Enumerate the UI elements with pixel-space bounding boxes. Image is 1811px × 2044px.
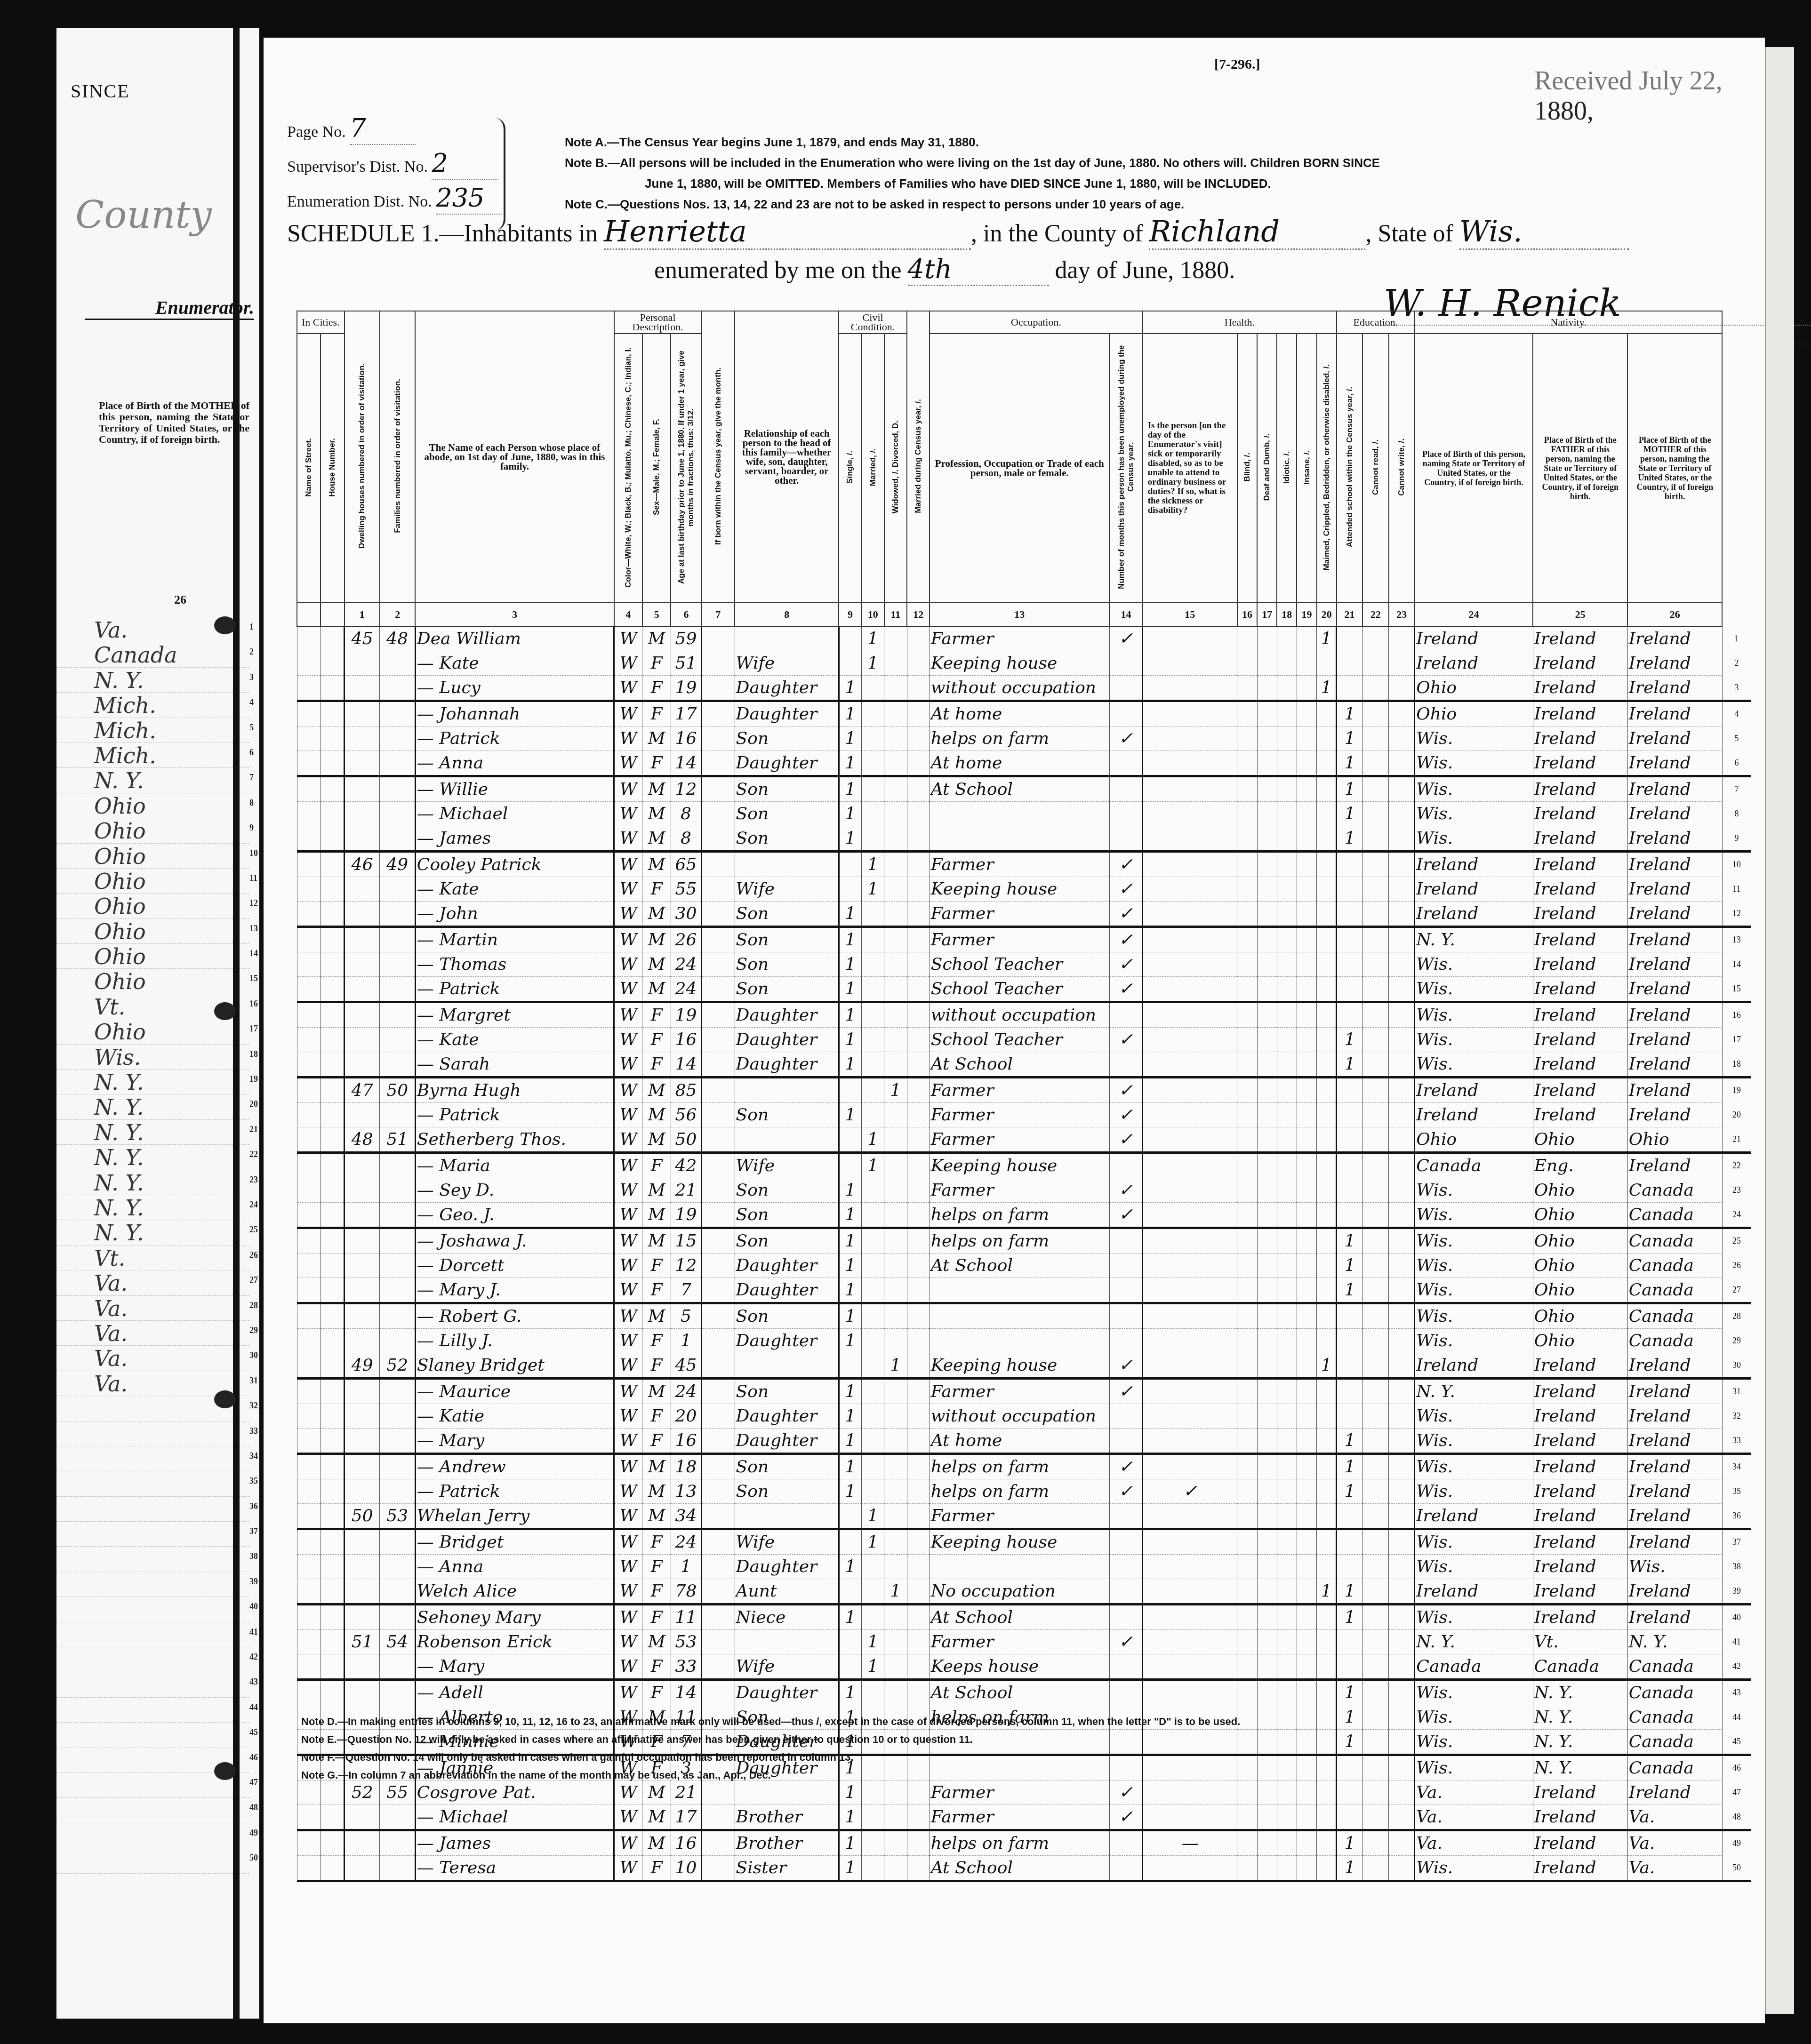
cannot-read-cell bbox=[1362, 826, 1388, 852]
single-cell bbox=[839, 1630, 861, 1654]
disabled-cell bbox=[1317, 751, 1337, 776]
birth-month-cell bbox=[702, 1303, 735, 1329]
sickness-cell bbox=[1143, 877, 1237, 902]
strip-mother-birthplace: N. Y. bbox=[94, 1195, 144, 1221]
attended-school-cell: 1 bbox=[1337, 826, 1362, 852]
idiotic-cell bbox=[1277, 927, 1297, 952]
cannot-write-cell bbox=[1389, 776, 1415, 802]
idiotic-cell bbox=[1277, 1228, 1297, 1254]
attended-school-cell: 1 bbox=[1337, 802, 1362, 826]
blind-cell bbox=[1237, 927, 1257, 952]
census-row: — AnnaWF1Daughter1Wis.IrelandWis.38 bbox=[297, 1555, 1751, 1579]
header-col13: Profession, Occupation or Trade of each … bbox=[930, 334, 1109, 603]
mother-birthplace-cell: Va. bbox=[1627, 1805, 1722, 1830]
disabled-cell bbox=[1317, 1654, 1337, 1680]
married-cell bbox=[862, 1254, 884, 1278]
cannot-write-cell bbox=[1389, 1579, 1415, 1605]
person-name-cell: — Mary bbox=[415, 1654, 614, 1680]
insane-cell bbox=[1297, 877, 1316, 902]
married-census-year-cell bbox=[907, 1329, 930, 1353]
strip-row: 37 bbox=[56, 1522, 249, 1547]
deaf-dumb-cell bbox=[1257, 701, 1277, 727]
age-cell: 18 bbox=[671, 1454, 701, 1479]
cannot-read-cell bbox=[1362, 802, 1388, 826]
married-cell bbox=[862, 1203, 884, 1228]
relationship-cell: Son bbox=[735, 977, 839, 1002]
married-cell bbox=[862, 927, 884, 952]
blind-cell bbox=[1237, 1203, 1257, 1228]
house-number-cell bbox=[321, 1103, 344, 1127]
house-number-cell bbox=[321, 802, 344, 826]
color-cell: W bbox=[614, 1103, 642, 1127]
widowed-cell bbox=[884, 727, 907, 751]
attended-school-cell bbox=[1337, 1353, 1362, 1379]
strip-line-number: 8 bbox=[249, 798, 254, 808]
deaf-dumb-cell bbox=[1257, 852, 1277, 877]
relationship-cell: Daughter bbox=[735, 1329, 839, 1353]
insane-cell bbox=[1297, 927, 1316, 952]
sex-cell: M bbox=[642, 802, 671, 826]
father-birthplace-cell: Ireland bbox=[1533, 852, 1627, 877]
person-name-cell: Whelan Jerry bbox=[415, 1504, 614, 1529]
father-birthplace-cell: Ohio bbox=[1533, 1278, 1627, 1303]
father-birthplace-cell: Canada bbox=[1533, 1654, 1627, 1680]
color-cell: W bbox=[614, 776, 642, 802]
married-cell bbox=[862, 902, 884, 927]
unemployed-months-cell bbox=[1109, 1654, 1142, 1680]
married-cell bbox=[862, 1805, 884, 1830]
age-cell: 15 bbox=[671, 1228, 701, 1254]
idiotic-cell bbox=[1277, 902, 1297, 927]
family-number-cell bbox=[380, 1529, 415, 1555]
street-cell bbox=[297, 1178, 321, 1203]
married-census-year-cell bbox=[907, 1579, 930, 1605]
mother-birthplace-cell: Ireland bbox=[1627, 826, 1722, 852]
strip-line-number: 12 bbox=[249, 898, 258, 908]
mother-birthplace-cell: Ireland bbox=[1627, 1454, 1722, 1479]
sex-cell: F bbox=[642, 1555, 671, 1579]
sex-cell: F bbox=[642, 1254, 671, 1278]
deaf-dumb-cell bbox=[1257, 1303, 1277, 1329]
house-number-cell bbox=[321, 1127, 344, 1153]
person-name-cell: — Johannah bbox=[415, 701, 614, 727]
person-name-cell: — James bbox=[415, 1830, 614, 1856]
received-stamp-date: Received July 22, bbox=[1534, 66, 1723, 96]
header-col25: Place of Birth of the FATHER of this per… bbox=[1533, 334, 1627, 603]
blind-cell bbox=[1237, 1404, 1257, 1429]
blind-cell bbox=[1237, 1127, 1257, 1153]
married-cell bbox=[862, 727, 884, 751]
cannot-write-cell bbox=[1389, 1805, 1415, 1830]
family-number-cell bbox=[380, 1429, 415, 1454]
family-number-cell bbox=[380, 1153, 415, 1178]
deaf-dumb-cell bbox=[1257, 1805, 1277, 1830]
color-cell: W bbox=[614, 1178, 642, 1203]
strip-row: Canada2 bbox=[56, 642, 249, 667]
attended-school-cell bbox=[1337, 877, 1362, 902]
person-name-cell: — Dorcett bbox=[415, 1254, 614, 1278]
blind-cell bbox=[1237, 676, 1257, 701]
married-census-year-cell bbox=[907, 1555, 930, 1579]
line-number: 5 bbox=[1722, 727, 1751, 751]
cannot-read-cell bbox=[1362, 701, 1388, 727]
strip-mother-birthplace: Va. bbox=[94, 617, 128, 643]
father-birthplace-cell: Ireland bbox=[1533, 1781, 1627, 1805]
strip-row: 49 bbox=[56, 1823, 249, 1848]
color-cell: W bbox=[614, 727, 642, 751]
single-cell: 1 bbox=[839, 1254, 861, 1278]
idiotic-cell bbox=[1277, 977, 1297, 1002]
birth-month-cell bbox=[702, 676, 735, 701]
dwelling-number-cell bbox=[345, 1479, 380, 1504]
strip-line-number: 49 bbox=[249, 1828, 258, 1838]
note-g: Note G.—In column 7 an abbreviation in t… bbox=[301, 1766, 1240, 1784]
married-cell bbox=[862, 1404, 884, 1429]
family-number-cell bbox=[380, 1555, 415, 1579]
insane-cell bbox=[1297, 1805, 1316, 1830]
birth-month-cell bbox=[702, 877, 735, 902]
age-cell: 1 bbox=[671, 1329, 701, 1353]
census-row: — MariaWF42Wife1Keeping houseCanadaEng.I… bbox=[297, 1153, 1751, 1178]
attended-school-cell: 1 bbox=[1337, 1028, 1362, 1052]
idiotic-cell bbox=[1277, 1579, 1297, 1605]
family-number-cell bbox=[380, 1028, 415, 1052]
single-cell: 1 bbox=[839, 1278, 861, 1303]
strip-line-number: 27 bbox=[249, 1275, 258, 1285]
birth-month-cell bbox=[702, 1479, 735, 1504]
married-census-year-cell bbox=[907, 751, 930, 776]
married-census-year-cell bbox=[907, 1654, 930, 1680]
occupation-cell: Keeping house bbox=[930, 1353, 1109, 1379]
strip-line-number: 33 bbox=[249, 1426, 258, 1436]
deaf-dumb-cell bbox=[1257, 826, 1277, 852]
father-birthplace-cell: Ireland bbox=[1533, 651, 1627, 676]
house-number-cell bbox=[321, 1605, 344, 1630]
mother-birthplace-cell: Canada bbox=[1627, 1680, 1722, 1705]
attended-school-cell bbox=[1337, 1781, 1362, 1805]
occupation-cell bbox=[930, 802, 1109, 826]
dwelling-number-cell bbox=[345, 1153, 380, 1178]
father-birthplace-cell: Ireland bbox=[1533, 751, 1627, 776]
person-name-cell: — Joshawa J. bbox=[415, 1228, 614, 1254]
attended-school-cell: 1 bbox=[1337, 701, 1362, 727]
relationship-cell: Niece bbox=[735, 1605, 839, 1630]
disabled-cell bbox=[1317, 1178, 1337, 1203]
relationship-cell: Daughter bbox=[735, 676, 839, 701]
color-cell: W bbox=[614, 1303, 642, 1329]
relationship-cell: Daughter bbox=[735, 1254, 839, 1278]
strip-line-number: 6 bbox=[249, 748, 254, 758]
age-cell: 26 bbox=[671, 927, 701, 952]
strip-line-number: 1 bbox=[249, 622, 254, 632]
mother-birthplace-cell: Ireland bbox=[1627, 651, 1722, 676]
birthplace-cell: Wis. bbox=[1415, 751, 1533, 776]
person-name-cell: Setherberg Thos. bbox=[415, 1127, 614, 1153]
age-cell: 19 bbox=[671, 676, 701, 701]
birth-month-cell bbox=[702, 1228, 735, 1254]
blind-cell bbox=[1237, 776, 1257, 802]
strip-row: 48 bbox=[56, 1798, 249, 1823]
disabled-cell bbox=[1317, 1705, 1337, 1730]
strip-line-number: 47 bbox=[249, 1778, 258, 1788]
dwelling-number-cell bbox=[345, 1002, 380, 1028]
single-cell: 1 bbox=[839, 902, 861, 927]
cannot-read-cell bbox=[1362, 1353, 1388, 1379]
strip-row: Va.28 bbox=[56, 1296, 249, 1321]
idiotic-cell bbox=[1277, 626, 1297, 651]
strip-line-number: 15 bbox=[249, 974, 258, 983]
census-row: Sehoney MaryWF11Niece1At School1Wis.Irel… bbox=[297, 1605, 1751, 1630]
single-cell bbox=[839, 1504, 861, 1529]
mother-birthplace-cell: Canada bbox=[1627, 1730, 1722, 1755]
deaf-dumb-cell bbox=[1257, 802, 1277, 826]
cannot-write-cell bbox=[1389, 1028, 1415, 1052]
census-row: — SarahWF14Daughter1At School1Wis.Irelan… bbox=[297, 1052, 1751, 1078]
birth-month-cell bbox=[702, 1630, 735, 1654]
header-col19: Insane, /. bbox=[1297, 334, 1316, 603]
dwelling-number-cell bbox=[345, 1429, 380, 1454]
attended-school-cell bbox=[1337, 1178, 1362, 1203]
strip-rows: Va.1Canada2N. Y.3Mich.4Mich.5Mich.6N. Y.… bbox=[56, 617, 249, 1874]
strip-mother-birthplace: N. Y. bbox=[94, 1220, 144, 1246]
cannot-write-cell bbox=[1389, 1529, 1415, 1555]
family-number-cell bbox=[380, 1203, 415, 1228]
street-cell bbox=[297, 1404, 321, 1429]
married-cell bbox=[862, 1078, 884, 1103]
father-birthplace-cell: Ireland bbox=[1533, 776, 1627, 802]
married-census-year-cell bbox=[907, 1630, 930, 1654]
dwelling-number-cell bbox=[345, 1579, 380, 1605]
age-cell: 85 bbox=[671, 1078, 701, 1103]
color-cell: W bbox=[614, 651, 642, 676]
father-birthplace-cell: Ireland bbox=[1533, 902, 1627, 927]
mother-birthplace-cell: Ireland bbox=[1627, 1404, 1722, 1429]
previous-page-strip: SINCE County Enumerator. Place of Birth … bbox=[56, 28, 260, 2019]
cannot-read-cell bbox=[1362, 1630, 1388, 1654]
census-row: — Lilly J.WF1Daughter1Wis.OhioCanada29 bbox=[297, 1329, 1751, 1353]
strip-mother-birthplace: Va. bbox=[94, 1371, 128, 1397]
father-birthplace-cell: Ireland bbox=[1533, 1379, 1627, 1404]
unemployed-months-cell: ✓ bbox=[1109, 1127, 1142, 1153]
birthplace-cell: Wis. bbox=[1415, 1254, 1533, 1278]
cannot-write-cell bbox=[1389, 651, 1415, 676]
age-cell: 24 bbox=[671, 952, 701, 977]
birth-month-cell bbox=[702, 1404, 735, 1429]
idiotic-cell bbox=[1277, 1329, 1297, 1353]
married-census-year-cell bbox=[907, 1028, 930, 1052]
strip-mother-birthplace: N. Y. bbox=[94, 1120, 144, 1145]
deaf-dumb-cell bbox=[1257, 1178, 1277, 1203]
dwelling-number-cell bbox=[345, 1329, 380, 1353]
street-cell bbox=[297, 1379, 321, 1404]
married-census-year-cell bbox=[907, 1856, 930, 1881]
strip-row: Ohio14 bbox=[56, 944, 249, 969]
cannot-read-cell bbox=[1362, 952, 1388, 977]
single-cell: 1 bbox=[839, 1429, 861, 1454]
age-cell: 33 bbox=[671, 1654, 701, 1680]
census-row: — Joshawa J.WM15Son1helps on farm1Wis.Oh… bbox=[297, 1228, 1751, 1254]
disabled-cell bbox=[1317, 651, 1337, 676]
house-number-cell bbox=[321, 977, 344, 1002]
cannot-read-cell bbox=[1362, 1579, 1388, 1605]
sickness-cell bbox=[1143, 1654, 1237, 1680]
strip-row: N. Y.24 bbox=[56, 1195, 249, 1220]
married-census-year-cell bbox=[907, 1353, 930, 1379]
header-notes: Note A.—The Census Year begins June 1, 1… bbox=[565, 132, 1380, 215]
single-cell: 1 bbox=[839, 802, 861, 826]
age-cell: 42 bbox=[671, 1153, 701, 1178]
mother-birthplace-cell: Ireland bbox=[1627, 727, 1722, 751]
unemployed-months-cell bbox=[1109, 802, 1142, 826]
deaf-dumb-cell bbox=[1257, 1052, 1277, 1078]
relationship-cell: Daughter bbox=[735, 1002, 839, 1028]
cannot-read-cell bbox=[1362, 651, 1388, 676]
blind-cell bbox=[1237, 1178, 1257, 1203]
person-name-cell: — Martin bbox=[415, 927, 614, 952]
deaf-dumb-cell bbox=[1257, 1454, 1277, 1479]
cannot-read-cell bbox=[1362, 1504, 1388, 1529]
single-cell: 1 bbox=[839, 1303, 861, 1329]
insane-cell bbox=[1297, 1429, 1316, 1454]
insane-cell bbox=[1297, 1404, 1316, 1429]
blind-cell bbox=[1237, 802, 1257, 826]
cannot-read-cell bbox=[1362, 1781, 1388, 1805]
strip-row: Ohio17 bbox=[56, 1019, 249, 1044]
family-number-cell bbox=[380, 1278, 415, 1303]
cannot-write-cell bbox=[1389, 1504, 1415, 1529]
cannot-read-cell bbox=[1362, 1153, 1388, 1178]
dwelling-number-cell bbox=[345, 1379, 380, 1404]
unemployed-months-cell bbox=[1109, 651, 1142, 676]
married-census-year-cell bbox=[907, 1454, 930, 1479]
disabled-cell bbox=[1317, 1103, 1337, 1127]
column-number: 4 bbox=[614, 603, 642, 626]
insane-cell bbox=[1297, 1705, 1316, 1730]
cannot-write-cell bbox=[1389, 952, 1415, 977]
attended-school-cell bbox=[1337, 1329, 1362, 1353]
birthplace-cell: Wis. bbox=[1415, 1052, 1533, 1078]
idiotic-cell bbox=[1277, 1254, 1297, 1278]
mother-birthplace-cell: Ireland bbox=[1627, 1429, 1722, 1454]
strip-line-number: 10 bbox=[249, 848, 258, 858]
sickness-cell bbox=[1143, 1504, 1237, 1529]
blind-cell bbox=[1237, 1529, 1257, 1555]
widowed-cell bbox=[884, 1278, 907, 1303]
dwelling-number-cell bbox=[345, 1178, 380, 1203]
sickness-cell bbox=[1143, 1404, 1237, 1429]
occupation-cell bbox=[930, 1329, 1109, 1353]
column-number: 1 bbox=[345, 603, 380, 626]
birthplace-cell: N. Y. bbox=[1415, 927, 1533, 952]
married-census-year-cell bbox=[907, 676, 930, 701]
sex-cell: M bbox=[642, 776, 671, 802]
unemployed-months-cell bbox=[1109, 1228, 1142, 1254]
house-number-cell bbox=[321, 776, 344, 802]
column-number: 10 bbox=[862, 603, 884, 626]
house-number-cell bbox=[321, 1153, 344, 1178]
family-number-cell bbox=[380, 1454, 415, 1479]
census-page: [7-296.] Received July 22, 1880, C. 82 P… bbox=[264, 38, 1765, 2023]
strip-line-number: 5 bbox=[249, 723, 254, 733]
mother-birthplace-cell: Ireland bbox=[1627, 1504, 1722, 1529]
enumeration-district-field: Enumeration Dist. No. 235 bbox=[287, 183, 502, 217]
blind-cell bbox=[1237, 902, 1257, 927]
father-birthplace-cell: Ireland bbox=[1533, 1579, 1627, 1605]
house-number-cell bbox=[321, 852, 344, 877]
strip-enumerator-label: Enumerator. bbox=[85, 296, 254, 320]
line-number: 7 bbox=[1722, 776, 1751, 802]
widowed-cell bbox=[884, 1529, 907, 1555]
column-number: 17 bbox=[1257, 603, 1277, 626]
relationship-cell bbox=[735, 626, 839, 651]
married-cell bbox=[862, 1856, 884, 1881]
strip-line-number: 32 bbox=[249, 1401, 258, 1411]
cannot-read-cell bbox=[1362, 1730, 1388, 1755]
deaf-dumb-cell bbox=[1257, 1028, 1277, 1052]
idiotic-cell bbox=[1277, 1529, 1297, 1555]
birthplace-cell: Ireland bbox=[1415, 1579, 1533, 1605]
relationship-cell: Son bbox=[735, 1228, 839, 1254]
deaf-dumb-cell bbox=[1257, 1654, 1277, 1680]
blind-cell bbox=[1237, 852, 1257, 877]
house-number-cell bbox=[321, 1303, 344, 1329]
strip-column-number: 26 bbox=[174, 593, 186, 607]
married-cell bbox=[862, 1605, 884, 1630]
sex-cell: F bbox=[642, 676, 671, 701]
insane-cell bbox=[1297, 776, 1316, 802]
family-number-cell bbox=[380, 927, 415, 952]
family-number-cell bbox=[380, 1103, 415, 1127]
unemployed-months-cell bbox=[1109, 776, 1142, 802]
strip-row: Mich.5 bbox=[56, 718, 249, 743]
occupation-cell: Keeps house bbox=[930, 1654, 1109, 1680]
cannot-read-cell bbox=[1362, 1028, 1388, 1052]
insane-cell bbox=[1297, 1078, 1316, 1103]
father-birthplace-cell: Ireland bbox=[1533, 1052, 1627, 1078]
line-number: 19 bbox=[1722, 1078, 1751, 1103]
dwelling-number-cell bbox=[345, 1856, 380, 1881]
age-cell: 1 bbox=[671, 1555, 701, 1579]
header-col23: Cannot write, /. bbox=[1389, 334, 1415, 603]
person-name-cell: — Kate bbox=[415, 1028, 614, 1052]
color-cell: W bbox=[614, 1028, 642, 1052]
birthplace-cell: Wis. bbox=[1415, 826, 1533, 852]
insane-cell bbox=[1297, 1254, 1316, 1278]
schedule-prefix: SCHEDULE 1.—Inhabitants in bbox=[287, 220, 598, 247]
color-cell: W bbox=[614, 1856, 642, 1881]
strip-row: 44 bbox=[56, 1698, 249, 1723]
dwelling-number-cell bbox=[345, 1404, 380, 1429]
insane-cell bbox=[1297, 1630, 1316, 1654]
married-census-year-cell bbox=[907, 1830, 930, 1856]
age-cell: 7 bbox=[671, 1278, 701, 1303]
cannot-write-cell bbox=[1389, 1353, 1415, 1379]
relationship-cell: Son bbox=[735, 1178, 839, 1203]
column-number: 20 bbox=[1317, 603, 1337, 626]
header-col16: Blind, /. bbox=[1237, 334, 1257, 603]
color-cell: W bbox=[614, 1504, 642, 1529]
attended-school-cell: 1 bbox=[1337, 1680, 1362, 1705]
column-number: 6 bbox=[671, 603, 701, 626]
mother-birthplace-cell: Ireland bbox=[1627, 676, 1722, 701]
widowed-cell bbox=[884, 927, 907, 952]
disabled-cell bbox=[1317, 1379, 1337, 1404]
attended-school-cell bbox=[1337, 1654, 1362, 1680]
unemployed-months-cell bbox=[1109, 1830, 1142, 1856]
disabled-cell bbox=[1317, 1078, 1337, 1103]
idiotic-cell bbox=[1277, 1504, 1297, 1529]
insane-cell bbox=[1297, 1379, 1316, 1404]
